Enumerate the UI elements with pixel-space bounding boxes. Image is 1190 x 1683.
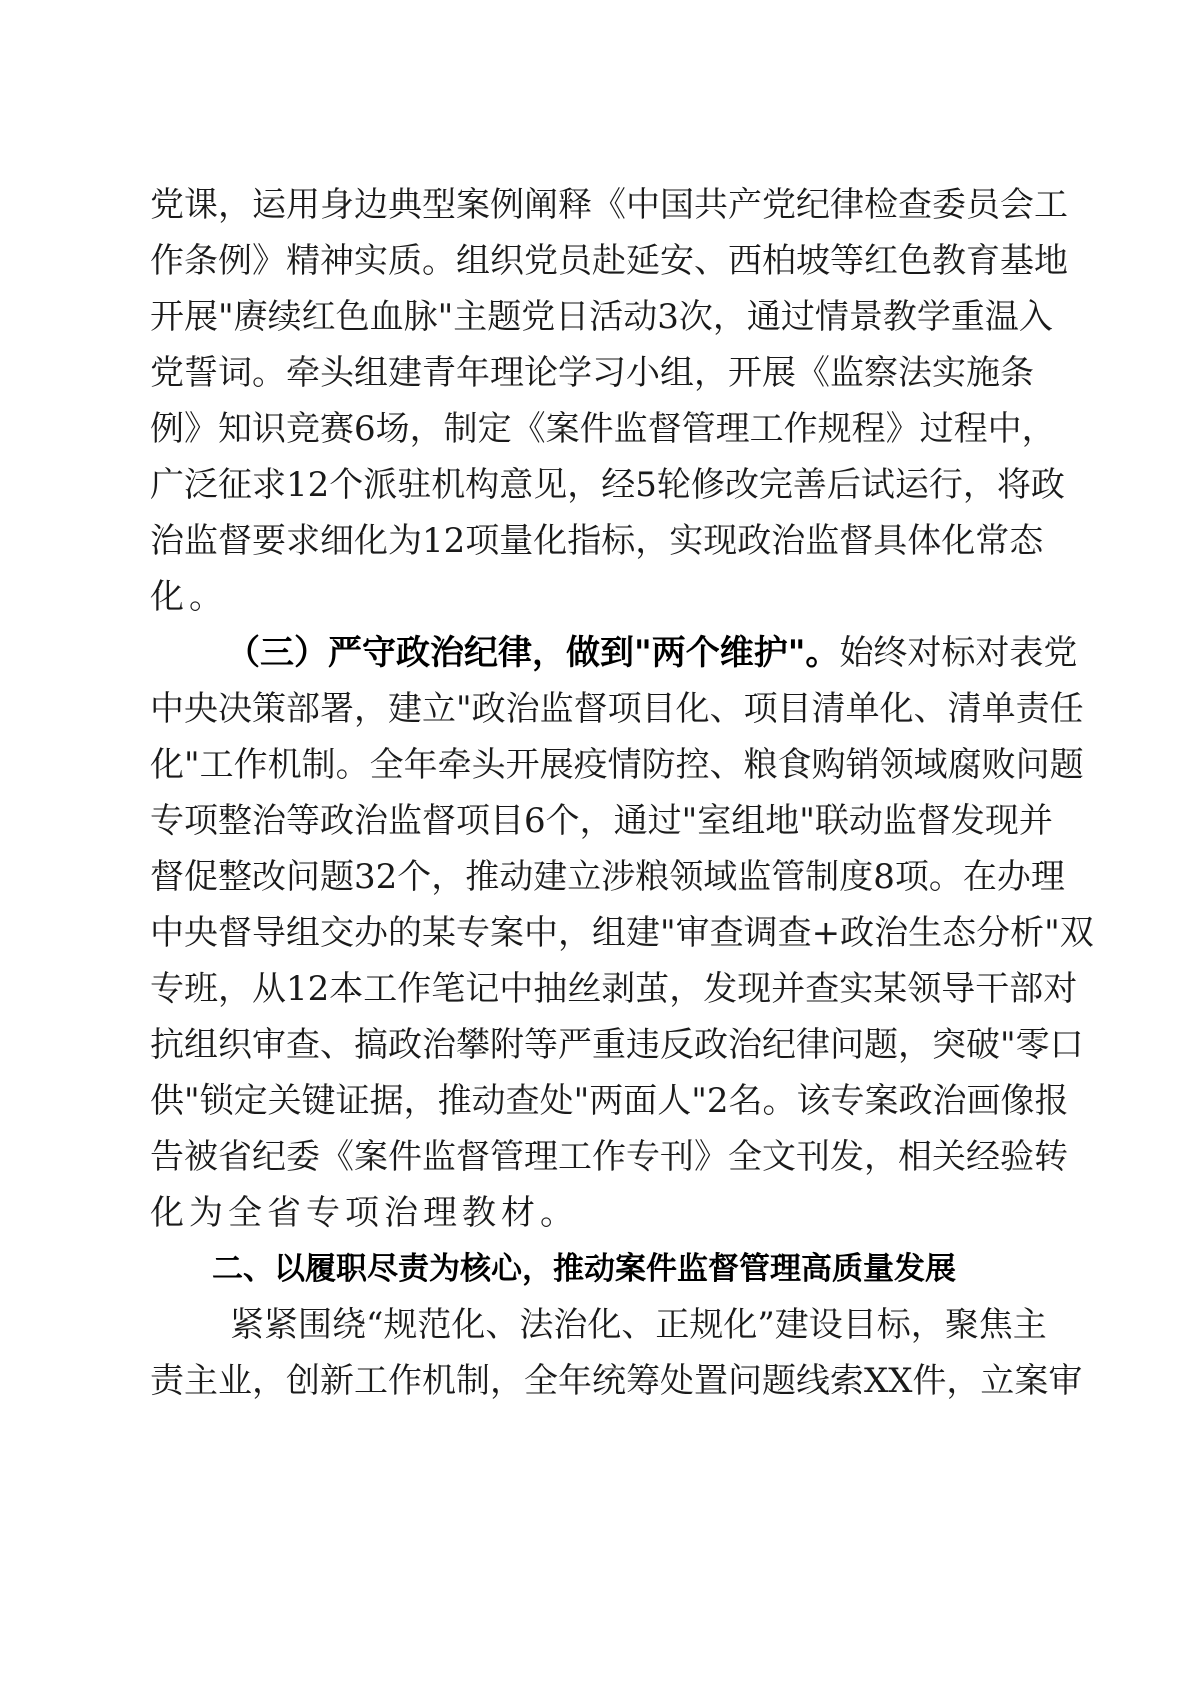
text-line: 督促整改问题32个，推动建立涉粮领域监管制度8项。在办理 bbox=[150, 849, 1028, 905]
text-line: 中央督导组交办的某专案中，组建"审查调查+政治生态分析"双 bbox=[150, 905, 1028, 961]
text-line: 抗组织审查、搞政治攀附等严重违反政治纪律问题，突破"零口 bbox=[150, 1017, 1028, 1073]
section-heading-two: 二、以履职尽责为核心，推动案件监督管理高质量发展 bbox=[150, 1241, 1028, 1297]
text-line: 党课，运用身边典型案例阐释《中国共产党纪律检查委员会工 bbox=[150, 177, 1028, 233]
text-line: 告被省纪委《案件监督管理工作专刊》全文刊发，相关经验转 bbox=[150, 1129, 1028, 1185]
text-line: 中央决策部署，建立"政治监督项目化、项目清单化、清单责任 bbox=[150, 681, 1028, 737]
text-line: 开展"赓续红色血脉"主题党日活动3次，通过情景教学重温入 bbox=[150, 289, 1028, 345]
text-line: 紧紧围绕“规范化、法治化、正规化”建设目标，聚焦主 bbox=[150, 1297, 1028, 1353]
section-subheading: （三）严守政治纪律，做到"两个维护"。 bbox=[226, 633, 839, 673]
document-body: 党课，运用身边典型案例阐释《中国共产党纪律检查委员会工 作条例》精神实质。组织党… bbox=[150, 177, 1028, 1409]
section-first-line: （三）严守政治纪律，做到"两个维护"。始终对标对表党 bbox=[150, 625, 1028, 681]
text-line: 党誓词。牵头组建青年理论学习小组，开展《监察法实施条 bbox=[150, 345, 1028, 401]
text-line: 专项整治等政治监督项目6个，通过"室组地"联动监督发现并 bbox=[150, 793, 1028, 849]
section-political-discipline: （三）严守政治纪律，做到"两个维护"。始终对标对表党 中央决策部署，建立"政治监… bbox=[150, 625, 1028, 1241]
section-first-line-text: 始终对标对表党 bbox=[839, 633, 1077, 673]
paragraph-case-supervision: 紧紧围绕“规范化、法治化、正规化”建设目标，聚焦主 责主业，创新工作机制，全年统… bbox=[150, 1297, 1028, 1409]
text-line: 专班，从12本工作笔记中抽丝剥茧，发现并查实某领导干部对 bbox=[150, 961, 1028, 1017]
text-line: 治监督要求细化为12项量化指标，实现政治监督具体化常态 bbox=[150, 513, 1028, 569]
text-line: 例》知识竞赛6场，制定《案件监督管理工作规程》过程中， bbox=[150, 401, 1028, 457]
text-line: 供"锁定关键证据，推动查处"两面人"2名。该专案政治画像报 bbox=[150, 1073, 1028, 1129]
document-page: 党课，运用身边典型案例阐释《中国共产党纪律检查委员会工 作条例》精神实质。组织党… bbox=[0, 0, 1190, 1683]
text-line: 化为全省专项治理教材。 bbox=[150, 1185, 1028, 1241]
text-line: 化"工作机制。全年牵头开展疫情防控、粮食购销领域腐败问题 bbox=[150, 737, 1028, 793]
text-line: 广泛征求12个派驻机构意见，经5轮修改完善后试运行，将政 bbox=[150, 457, 1028, 513]
text-line: 作条例》精神实质。组织党员赴延安、西柏坡等红色教育基地 bbox=[150, 233, 1028, 289]
paragraph-party-education: 党课，运用身边典型案例阐释《中国共产党纪律检查委员会工 作条例》精神实质。组织党… bbox=[150, 177, 1028, 625]
text-line: 责主业，创新工作机制，全年统筹处置问题线索XX件，立案审 bbox=[150, 1353, 1028, 1409]
text-line: 化。 bbox=[150, 569, 1028, 625]
